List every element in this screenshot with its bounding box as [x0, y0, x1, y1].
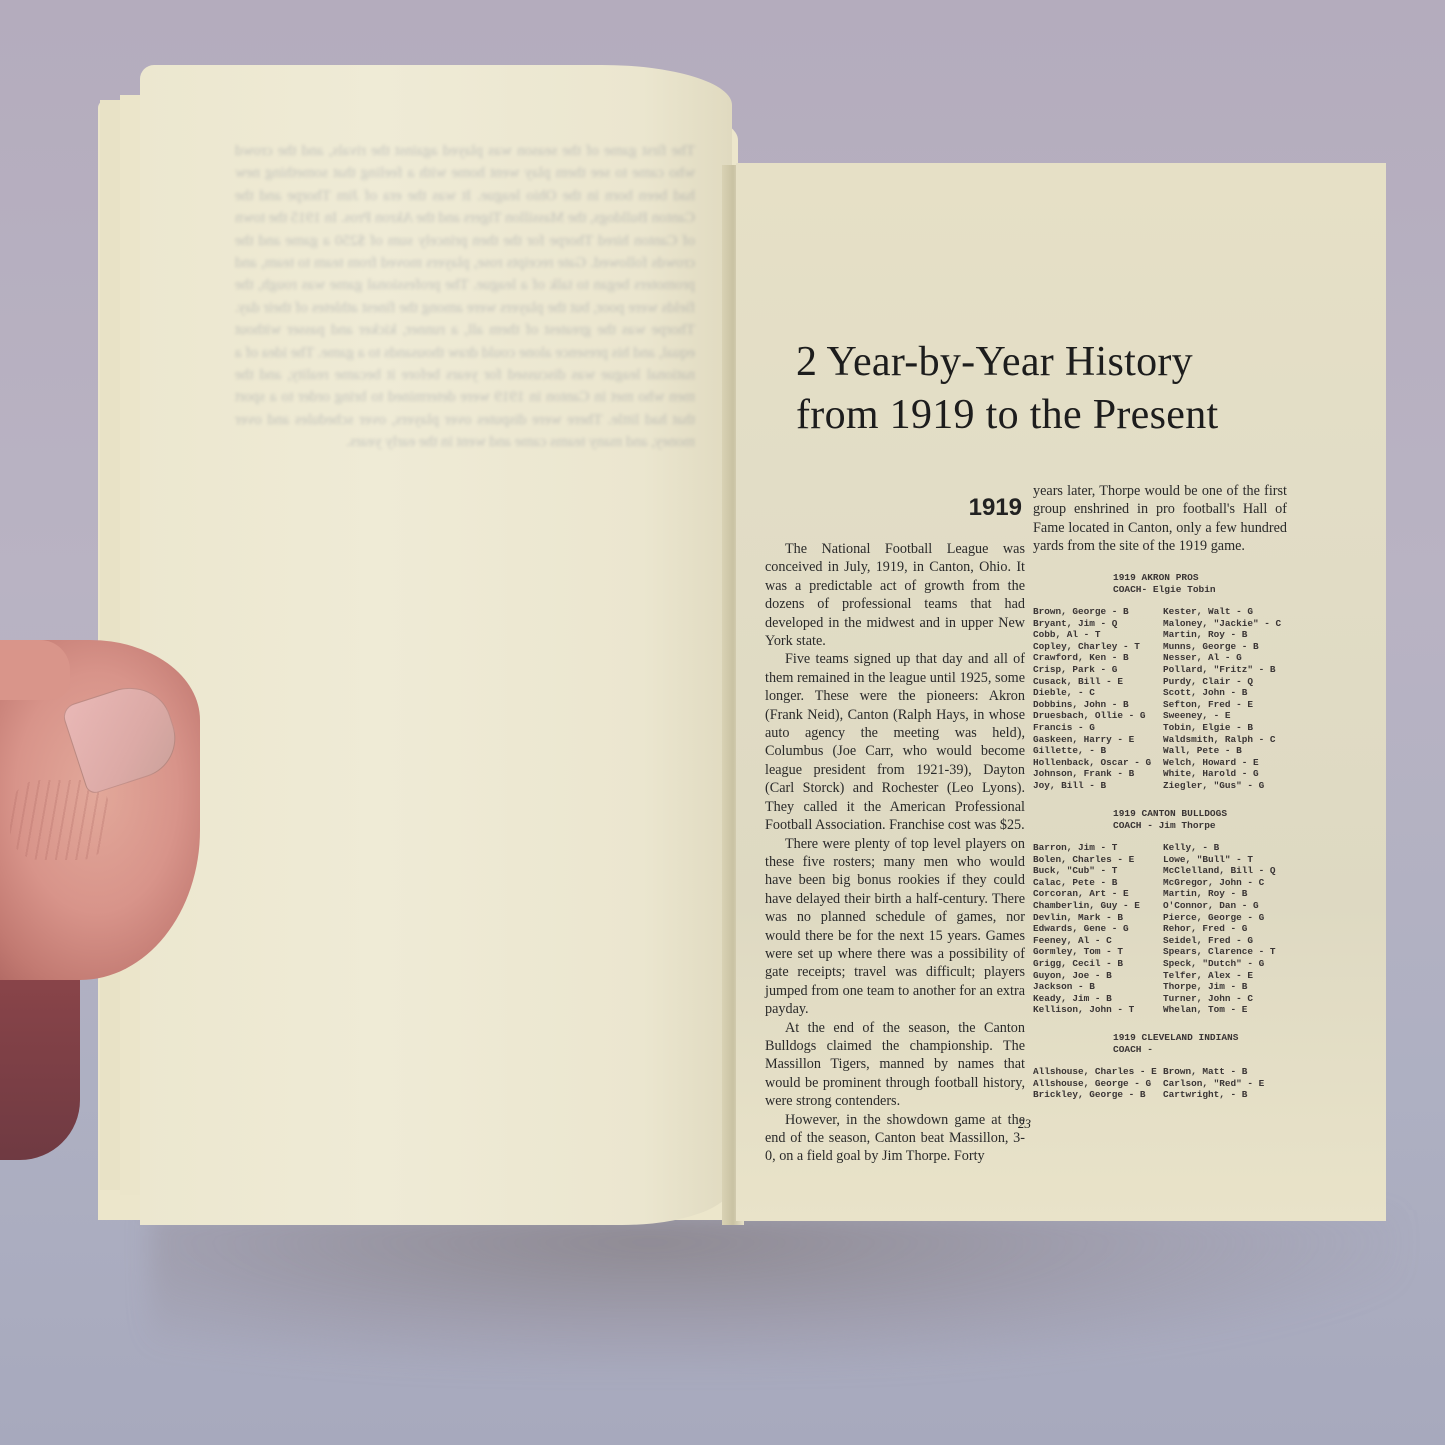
roster-entry: Joy, Bill - B: [1033, 780, 1163, 792]
roster-entry: Chamberlin, Guy - E: [1033, 900, 1163, 912]
hand-finger-top: [0, 640, 70, 700]
roster-column: Brown, George - BBryant, Jim - QCobb, Al…: [1033, 606, 1163, 792]
roster-team-name: 1919 AKRON PROS: [1033, 572, 1293, 584]
body-column-left: The National Football League was conceiv…: [765, 540, 1025, 1166]
roster-entry: Nesser, Al - G: [1163, 652, 1293, 664]
roster-entry: McClelland, Bill - Q: [1163, 865, 1293, 877]
roster-entry: Martin, Roy - B: [1163, 629, 1293, 641]
roster-entry: Kester, Walt - G: [1163, 606, 1293, 618]
body-column-right: years later, Thorpe would be one of the …: [1033, 482, 1287, 556]
roster-entry: McGregor, John - C: [1163, 877, 1293, 889]
roster-entry: Carlson, "Red" - E: [1163, 1078, 1293, 1090]
roster-entry: Dobbins, John - B: [1033, 699, 1163, 711]
paragraph: However, in the showdown game at the end…: [765, 1111, 1025, 1166]
roster-entry: Brown, Matt - B: [1163, 1066, 1293, 1078]
roster-entry: Whelan, Tom - E: [1163, 1004, 1293, 1016]
roster-entry: Tobin, Elgie - B: [1163, 722, 1293, 734]
roster-entry: Sweeney, - E: [1163, 710, 1293, 722]
roster-entry: Kelly, - B: [1163, 842, 1293, 854]
chapter-title-line2: from 1919 to the Present: [796, 389, 1276, 442]
roster-entry: Bolen, Charles - E: [1033, 854, 1163, 866]
roster-entry: Bryant, Jim - Q: [1033, 618, 1163, 630]
roster-entry: Allshouse, Charles - E: [1033, 1066, 1163, 1078]
roster-coach: COACH - Jim Thorpe: [1033, 820, 1293, 832]
roster-entry: Corcoran, Art - E: [1033, 888, 1163, 900]
roster-entry: Waldsmith, Ralph - C: [1163, 734, 1293, 746]
roster-entry: Brown, George - B: [1033, 606, 1163, 618]
roster-entry: Devlin, Mark - B: [1033, 912, 1163, 924]
roster-entry: Cusack, Bill - E: [1033, 676, 1163, 688]
roster-entry: Crisp, Park - G: [1033, 664, 1163, 676]
roster-entry: Buck, "Cub" - T: [1033, 865, 1163, 877]
paragraph: Five teams signed up that day and all of…: [765, 650, 1025, 834]
roster-team-name: 1919 CANTON BULLDOGS: [1033, 808, 1293, 820]
roster-entry: Copley, Charley - T: [1033, 641, 1163, 653]
roster-entry: Munns, George - B: [1163, 641, 1293, 653]
roster-coach: COACH -: [1033, 1044, 1293, 1056]
book-shadow: [150, 1210, 1400, 1370]
chapter-title: 2 Year-by-Year History from 1919 to the …: [796, 336, 1276, 442]
roster-entry: Wall, Pete - B: [1163, 745, 1293, 757]
roster-entry: Druesbach, Ollie - G: [1033, 710, 1163, 722]
roster-entry: Keady, Jim - B: [1033, 993, 1163, 1005]
roster-entry: Crawford, Ken - B: [1033, 652, 1163, 664]
roster-entry: Hollenback, Oscar - G: [1033, 757, 1163, 769]
roster-column: Kester, Walt - GMaloney, "Jackie" - CMar…: [1163, 606, 1293, 792]
roster-entry: Gillette, - B: [1033, 745, 1163, 757]
roster-team-name: 1919 CLEVELAND INDIANS: [1033, 1032, 1293, 1044]
roster-entry: Turner, John - C: [1163, 993, 1293, 1005]
roster-entry: Welch, Howard - E: [1163, 757, 1293, 769]
roster-column: Barron, Jim - TBolen, Charles - EBuck, "…: [1033, 842, 1163, 1016]
roster-entry: Jackson - B: [1033, 981, 1163, 993]
roster-entry: Gaskeen, Harry - E: [1033, 734, 1163, 746]
roster-entry: Cartwright, - B: [1163, 1089, 1293, 1101]
roster-entry: Barron, Jim - T: [1033, 842, 1163, 854]
roster-entry: Scott, John - B: [1163, 687, 1293, 699]
roster-entry: Grigg, Cecil - B: [1033, 958, 1163, 970]
roster-entry: Pierce, George - G: [1163, 912, 1293, 924]
paragraph: At the end of the season, the Canton Bul…: [765, 1019, 1025, 1111]
paragraph: The National Football League was conceiv…: [765, 540, 1025, 650]
roster-entry: Francis - G: [1033, 722, 1163, 734]
roster-entry: Feeney, Al - C: [1033, 935, 1163, 947]
roster-column: Kelly, - BLowe, "Bull" - TMcClelland, Bi…: [1163, 842, 1293, 1016]
roster-entry: Spears, Clarence - T: [1163, 946, 1293, 958]
roster-entry: Purdy, Clair - Q: [1163, 676, 1293, 688]
roster-entry: Guyon, Joe - B: [1033, 970, 1163, 982]
roster-entry: Kellison, John - T: [1033, 1004, 1163, 1016]
roster-entry: Sefton, Fred - E: [1163, 699, 1293, 711]
roster-entry: Pollard, "Fritz" - B: [1163, 664, 1293, 676]
roster-entry: O'Connor, Dan - G: [1163, 900, 1293, 912]
roster-entry: Martin, Roy - B: [1163, 888, 1293, 900]
roster-entry: Speck, "Dutch" - G: [1163, 958, 1293, 970]
roster-entry: Lowe, "Bull" - T: [1163, 854, 1293, 866]
chapter-title-line1: 2 Year-by-Year History: [796, 336, 1276, 389]
left-page-show-through-text: The first game of the season was played …: [235, 140, 695, 1140]
roster-akron-pros: 1919 AKRON PROS COACH- Elgie Tobin Brown…: [1033, 572, 1293, 792]
roster-entry: Cobb, Al - T: [1033, 629, 1163, 641]
roster-entry: Maloney, "Jackie" - C: [1163, 618, 1293, 630]
roster-entry: Allshouse, George - G: [1033, 1078, 1163, 1090]
roster-entry: Thorpe, Jim - B: [1163, 981, 1293, 993]
roster-entry: White, Harold - G: [1163, 768, 1293, 780]
roster-entry: Seidel, Fred - G: [1163, 935, 1293, 947]
roster-canton-bulldogs: 1919 CANTON BULLDOGS COACH - Jim Thorpe …: [1033, 808, 1293, 1016]
roster-entry: Brickley, George - B: [1033, 1089, 1163, 1101]
section-year-heading: 1919: [960, 494, 1022, 522]
roster-entry: Calac, Pete - B: [1033, 877, 1163, 889]
paragraph: There were plenty of top level players o…: [765, 835, 1025, 1019]
roster-entry: Edwards, Gene - G: [1033, 923, 1163, 935]
roster-entry: Gormley, Tom - T: [1033, 946, 1163, 958]
roster-coach: COACH- Elgie Tobin: [1033, 584, 1293, 596]
roster-column: Allshouse, Charles - EAllshouse, George …: [1033, 1066, 1163, 1101]
roster-cleveland-indians: 1919 CLEVELAND INDIANS COACH - Allshouse…: [1033, 1032, 1293, 1101]
roster-entry: Ziegler, "Gus" - G: [1163, 780, 1293, 792]
roster-entry: Johnson, Frank - B: [1033, 768, 1163, 780]
roster-column: Brown, Matt - BCarlson, "Red" - ECartwri…: [1163, 1066, 1293, 1101]
page-number: 23: [1018, 1116, 1031, 1132]
roster-entry: Dieble, - C: [1033, 687, 1163, 699]
roster-entry: Telfer, Alex - E: [1163, 970, 1293, 982]
roster-entry: Rehor, Fred - G: [1163, 923, 1293, 935]
